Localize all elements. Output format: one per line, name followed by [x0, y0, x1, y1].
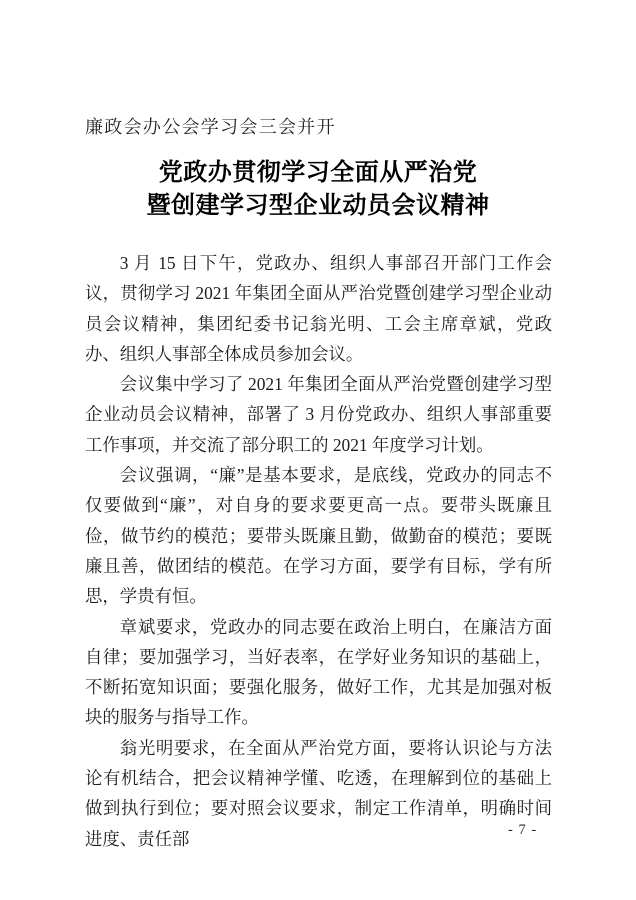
doc-title-line2: 暨创建学习型企业动员会议精神	[0, 190, 636, 223]
doc-title-line1: 党政办贯彻学习全面从严治党	[0, 157, 636, 190]
paragraph: 会议集中学习了 2021 年集团全面从严治党暨创建学习型企业动员会议精神，部署了…	[85, 369, 552, 460]
doc-category-label: 廉政会办公会学习会三会并开	[85, 113, 336, 139]
page-number: - 7 -	[508, 822, 537, 839]
document-page: 廉政会办公会学习会三会并开 党政办贯彻学习全面从严治党 暨创建学习型企业动员会议…	[0, 0, 636, 900]
paragraph: 会议强调，“廉”是基本要求，是底线，党政办的同志不仅要做到“廉”，对自身的要求要…	[85, 460, 552, 611]
paragraph: 3 月 15 日下午，党政办、组织人事部召开部门工作会议，贯彻学习 2021 年…	[85, 248, 552, 369]
paragraph: 翁光明要求，在全面从严治党方面，要将认识论与方法论有机结合，把会议精神学懂、吃透…	[85, 733, 552, 854]
doc-title: 党政办贯彻学习全面从严治党 暨创建学习型企业动员会议精神	[0, 157, 636, 223]
paragraph: 章斌要求，党政办的同志要在政治上明白，在廉洁方面自律；要加强学习，当好表率，在学…	[85, 612, 552, 733]
doc-body: 3 月 15 日下午，党政办、组织人事部召开部门工作会议，贯彻学习 2021 年…	[85, 248, 552, 854]
